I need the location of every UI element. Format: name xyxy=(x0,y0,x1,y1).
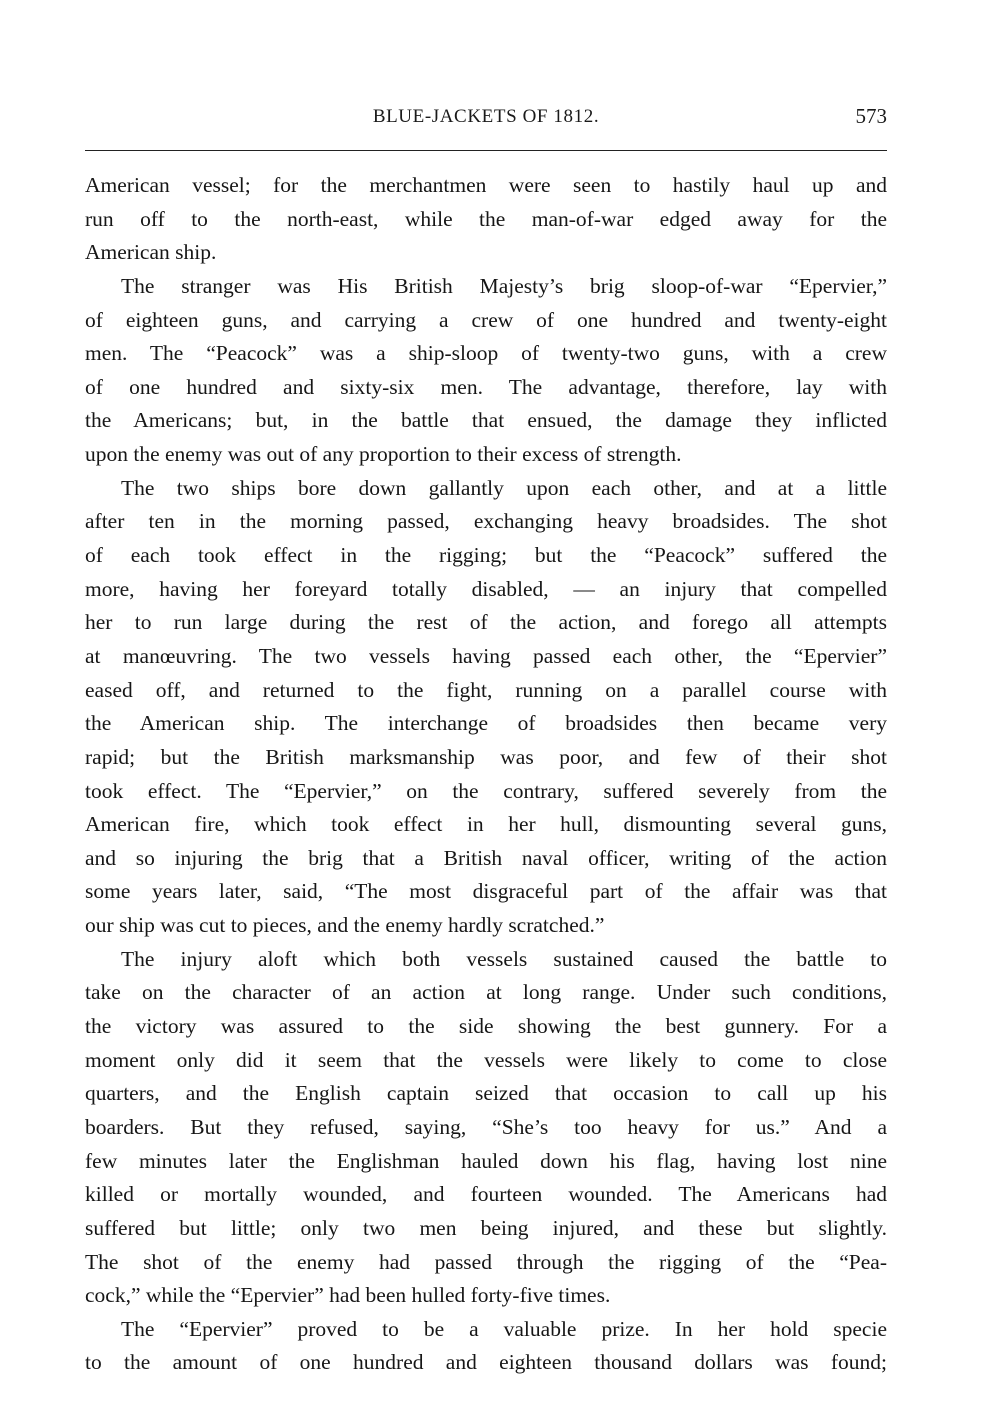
text-line: of one hundred and sixty-six men. The ad… xyxy=(85,372,887,406)
text-line: the Americans; but, in the battle that e… xyxy=(85,405,887,439)
body-text: American vessel; for the merchantmen wer… xyxy=(85,170,887,1381)
text-line: took effect. The “Epervier,” on the cont… xyxy=(85,776,887,810)
text-line-content: of each took effect in the rigging; but … xyxy=(85,540,887,570)
text-line: our ship was cut to pieces, and the enem… xyxy=(85,910,887,944)
text-line-content: The injury aloft which both vessels sust… xyxy=(121,944,887,974)
text-line-content: run off to the north-east, while the man… xyxy=(85,204,887,234)
text-line-content: of eighteen guns, and carrying a crew of… xyxy=(85,305,887,335)
text-line: after ten in the morning passed, exchang… xyxy=(85,506,887,540)
text-line: killed or mortally wounded, and fourteen… xyxy=(85,1179,887,1213)
text-line: The two ships bore down gallantly upon e… xyxy=(85,473,887,507)
page-number: 573 xyxy=(856,104,888,129)
text-line: cock,” while the “Epervier” had been hul… xyxy=(85,1280,887,1314)
text-line: to the amount of one hundred and eightee… xyxy=(85,1347,887,1381)
text-line: suffered but little; only two men being … xyxy=(85,1213,887,1247)
text-line: American fire, which took effect in her … xyxy=(85,809,887,843)
text-line: at manœuvring. The two vessels having pa… xyxy=(85,641,887,675)
text-line: of eighteen guns, and carrying a crew of… xyxy=(85,305,887,339)
header-rule xyxy=(85,150,887,152)
text-line-content: take on the character of an action at lo… xyxy=(85,977,887,1007)
text-line: eased off, and returned to the fight, ru… xyxy=(85,675,887,709)
text-line-content: cock,” while the “Epervier” had been hul… xyxy=(85,1280,887,1310)
book-page: BLUE-JACKETS OF 1812. 573 American vesse… xyxy=(0,0,1000,1408)
text-line-content: boarders. But they refused, saying, “She… xyxy=(85,1112,887,1142)
text-line: the victory was assured to the side show… xyxy=(85,1011,887,1045)
text-line-content: The shot of the enemy had passed through… xyxy=(85,1247,887,1277)
text-line-content: rapid; but the British marksmanship was … xyxy=(85,742,887,772)
text-line: her to run large during the rest of the … xyxy=(85,607,887,641)
text-line-content: some years later, said, “The most disgra… xyxy=(85,876,887,906)
text-line: run off to the north-east, while the man… xyxy=(85,204,887,238)
text-line: take on the character of an action at lo… xyxy=(85,977,887,1011)
text-line-content: the Americans; but, in the battle that e… xyxy=(85,405,887,435)
text-line: boarders. But they refused, saying, “She… xyxy=(85,1112,887,1146)
text-line-content: The stranger was His British Majesty’s b… xyxy=(121,271,887,301)
text-line-content: The two ships bore down gallantly upon e… xyxy=(121,473,887,503)
running-head: BLUE-JACKETS OF 1812. 573 xyxy=(85,102,887,132)
text-line: and so injuring the brig that a British … xyxy=(85,843,887,877)
text-line-content: our ship was cut to pieces, and the enem… xyxy=(85,910,887,940)
text-line-content: at manœuvring. The two vessels having pa… xyxy=(85,641,887,671)
text-line-content: the victory was assured to the side show… xyxy=(85,1011,887,1041)
text-line: few minutes later the Englishman hauled … xyxy=(85,1146,887,1180)
text-line-content: and so injuring the brig that a British … xyxy=(85,843,887,873)
text-line-content: suffered but little; only two men being … xyxy=(85,1213,887,1243)
text-line: moment only did it seem that the vessels… xyxy=(85,1045,887,1079)
text-line-content: to the amount of one hundred and eightee… xyxy=(85,1347,887,1377)
text-line: rapid; but the British marksmanship was … xyxy=(85,742,887,776)
text-line-content: The “Epervier” proved to be a valuable p… xyxy=(121,1314,887,1344)
running-title: BLUE-JACKETS OF 1812. xyxy=(85,106,887,128)
text-line: more, having her foreyard totally disabl… xyxy=(85,574,887,608)
text-line: the American ship. The interchange of br… xyxy=(85,708,887,742)
text-line-content: eased off, and returned to the fight, ru… xyxy=(85,675,887,705)
text-line-content: quarters, and the English captain seized… xyxy=(85,1078,887,1108)
text-line: some years later, said, “The most disgra… xyxy=(85,876,887,910)
text-line: American vessel; for the merchantmen wer… xyxy=(85,170,887,204)
text-line-content: after ten in the morning passed, exchang… xyxy=(85,506,887,536)
text-line: The stranger was His British Majesty’s b… xyxy=(85,271,887,305)
text-line: American ship. xyxy=(85,237,887,271)
text-line-content: her to run large during the rest of the … xyxy=(85,607,887,637)
text-line-content: American ship. xyxy=(85,237,887,267)
text-line-content: killed or mortally wounded, and fourteen… xyxy=(85,1179,887,1209)
text-line: The shot of the enemy had passed through… xyxy=(85,1247,887,1281)
text-line: The injury aloft which both vessels sust… xyxy=(85,944,887,978)
text-line-content: took effect. The “Epervier,” on the cont… xyxy=(85,776,887,806)
text-line-content: upon the enemy was out of any proportion… xyxy=(85,439,887,469)
text-line: quarters, and the English captain seized… xyxy=(85,1078,887,1112)
text-line: of each took effect in the rigging; but … xyxy=(85,540,887,574)
text-line-content: moment only did it seem that the vessels… xyxy=(85,1045,887,1075)
text-line-content: American vessel; for the merchantmen wer… xyxy=(85,170,887,200)
text-line: men. The “Peacock” was a ship-sloop of t… xyxy=(85,338,887,372)
text-line-content: of one hundred and sixty-six men. The ad… xyxy=(85,372,887,402)
text-line-content: more, having her foreyard totally disabl… xyxy=(85,574,887,604)
text-line: The “Epervier” proved to be a valuable p… xyxy=(85,1314,887,1348)
text-line: upon the enemy was out of any proportion… xyxy=(85,439,887,473)
text-line-content: the American ship. The interchange of br… xyxy=(85,708,887,738)
text-line-content: American fire, which took effect in her … xyxy=(85,809,887,839)
text-line-content: few minutes later the Englishman hauled … xyxy=(85,1146,887,1176)
text-line-content: men. The “Peacock” was a ship-sloop of t… xyxy=(85,338,887,368)
